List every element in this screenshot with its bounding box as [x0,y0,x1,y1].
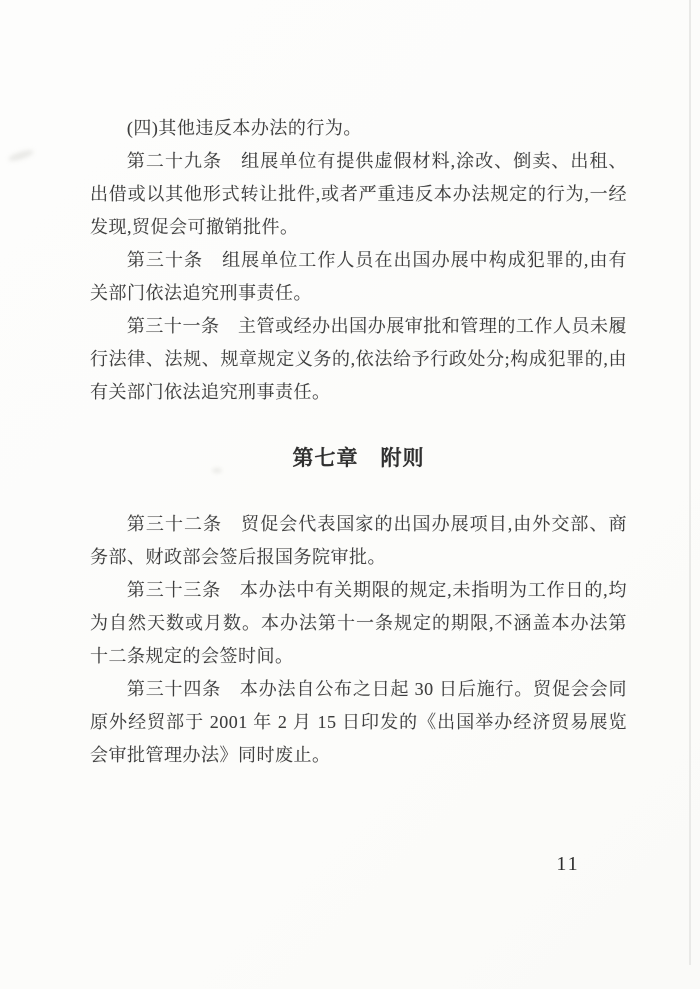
page-number: 11 [548,853,588,876]
paragraph-item-4-other-violations: (四)其他违反本办法的行为。 [90,112,627,145]
chapter-heading: 第七章 附则 [90,442,627,475]
scan-edge-line [689,0,691,965]
scanned-document-page: (四)其他违反本办法的行为。 第二十九条 组展单位有提供虚假材料,涂改、倒卖、出… [0,0,700,989]
paragraph-article-34: 第三十四条 本办法自公布之日起 30 日后施行。贸促会会同原外经贸部于 2001… [90,673,627,772]
document-body: (四)其他违反本办法的行为。 第二十九条 组展单位有提供虚假材料,涂改、倒卖、出… [90,112,627,772]
paragraph-article-29: 第二十九条 组展单位有提供虚假材料,涂改、倒卖、出租、出借或以其他形式转让批件,… [90,145,627,244]
paragraph-article-33: 第三十三条 本办法中有关期限的规定,未指明为工作日的,均为自然天数或月数。本办法… [90,574,627,673]
scan-smudge [8,148,35,163]
paragraph-article-30: 第三十条 组展单位工作人员在出国办展中构成犯罪的,由有关部门依法追究刑事责任。 [90,244,627,310]
paragraph-article-32: 第三十二条 贸促会代表国家的出国办展项目,由外交部、商务部、财政部会签后报国务院… [90,508,627,574]
paragraph-article-31: 第三十一条 主管或经办出国办展审批和管理的工作人员未履行法律、法规、规章规定义务… [90,310,627,409]
